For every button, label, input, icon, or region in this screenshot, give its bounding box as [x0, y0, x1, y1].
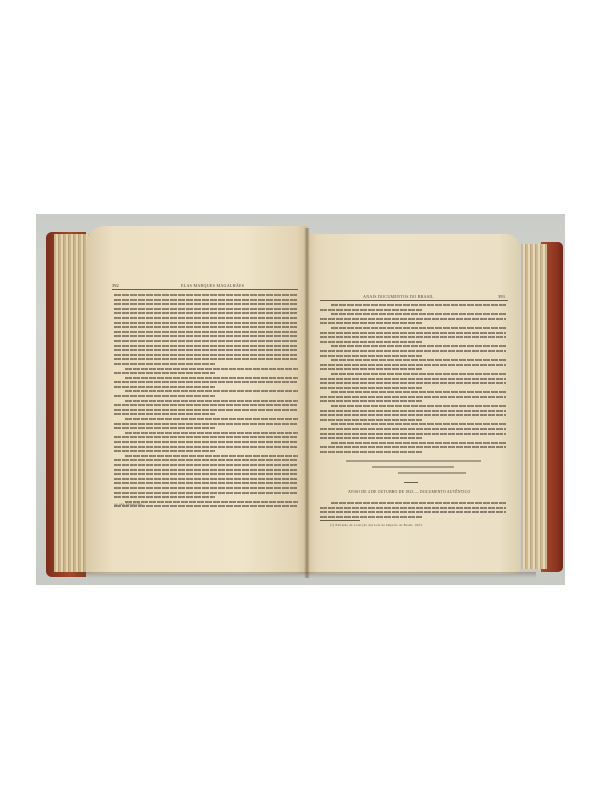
section-divider [404, 482, 418, 483]
right-body-text [320, 304, 506, 456]
book-photo: 392 ELAS MARQUES MAGALHÃES ao seu protec… [36, 214, 565, 585]
right-header-rule [320, 300, 508, 301]
right-section-body [320, 502, 506, 520]
left-closing-text: ao seu protecção. [114, 502, 143, 506]
left-header-rule [112, 289, 298, 290]
right-signature-block [338, 456, 488, 478]
left-body-text [114, 294, 298, 510]
book-gutter [304, 228, 310, 578]
left-page-number: 392 [112, 283, 119, 288]
right-page-edges [521, 244, 547, 569]
right-page-number: 393 [498, 294, 505, 299]
left-page: 392 ELAS MARQUES MAGALHÃES ao seu protec… [86, 226, 308, 574]
right-running-head: ANAIS DOCUMENTOS DO BRASIL [363, 294, 434, 299]
footnote-rule [320, 520, 360, 521]
right-footnote: (1) Extraido da Colecção das Leis do Imp… [330, 523, 423, 527]
page-bottom-shadow [76, 572, 536, 578]
left-running-head: ELAS MARQUES MAGALHÃES [181, 283, 244, 288]
right-page: ANAIS DOCUMENTOS DO BRASIL 393 AVISO DE … [308, 234, 520, 574]
right-section-title: AVISO DE 4 DE OUTUBRO DE 1823 — DOCUMENT… [348, 490, 470, 494]
